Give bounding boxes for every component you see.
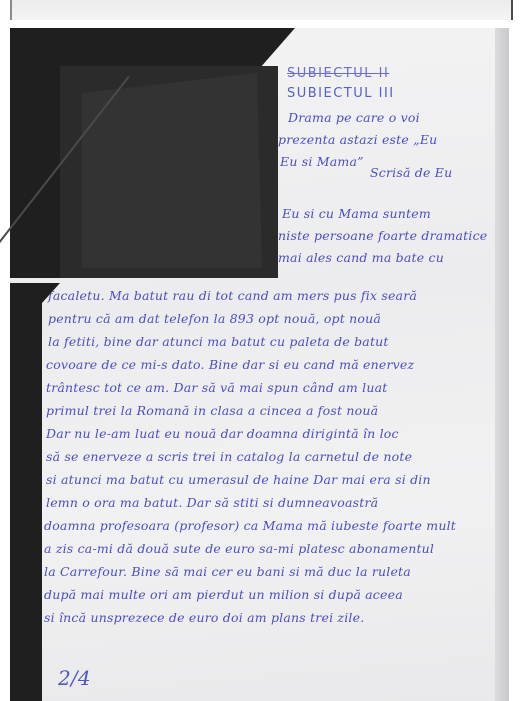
body-line: primul trei la Romană in clasa a cincea … [46, 403, 378, 418]
scanned-page: SUBIECTUL II SUBIECTUL III Drama pe care… [10, 28, 509, 701]
paper-right-edge [495, 28, 509, 701]
page-gap [0, 20, 521, 28]
text-line: Eu si cu Mama suntem [282, 206, 431, 221]
body-line: si încă unsprezece de euro doi am plans … [44, 610, 364, 625]
body-line: si atunci ma batut cu umerasul de haine … [46, 472, 431, 487]
body-line: pentru că am dat telefon la 893 opt nouă… [48, 311, 381, 326]
body-line: la Carrefour. Bine să mai cer eu bani si… [44, 564, 411, 579]
author-line: Scrisă de Eu [370, 165, 452, 180]
intro-line: Eu si Mama” [280, 154, 364, 169]
previous-page-edge [10, 0, 513, 20]
page-number: 2/4 [58, 666, 91, 690]
text-line: niste persoane foarte dramatice [278, 228, 487, 243]
body-line: doamna profesoara (profesor) ca Mama mă … [44, 518, 456, 533]
body-line: la fetiti, bine dar atunci ma batut cu p… [48, 334, 389, 349]
body-line: Dar nu le-am luat eu nouă dar doamna dir… [46, 426, 399, 441]
heading: SUBIECTUL III [287, 86, 395, 101]
intro-line: Drama pe care o voi [288, 110, 420, 125]
body-line: lemn o ora ma batut. Dar să stiti si dum… [46, 495, 378, 510]
body-line: să se enerveze a scris trei in catalog l… [46, 449, 412, 464]
body-line: trântesc tot ce am. Dar să vă mai spun c… [46, 380, 387, 395]
heading-crossed-out: SUBIECTUL II [287, 66, 389, 81]
body-line: a zis ca-mi dă două sute de euro sa-mi p… [44, 541, 434, 556]
body-line: facaletu. Ma batut rau di tot cand am me… [48, 288, 417, 303]
body-line: după mai multe ori am pierdut un milion … [44, 587, 403, 602]
text-line: mai ales cand ma bate cu [278, 250, 444, 265]
intro-line: prezenta astazi este „Eu [278, 132, 437, 147]
body-line: covoare de ce mi-s dato. Bine dar si eu … [46, 357, 414, 372]
